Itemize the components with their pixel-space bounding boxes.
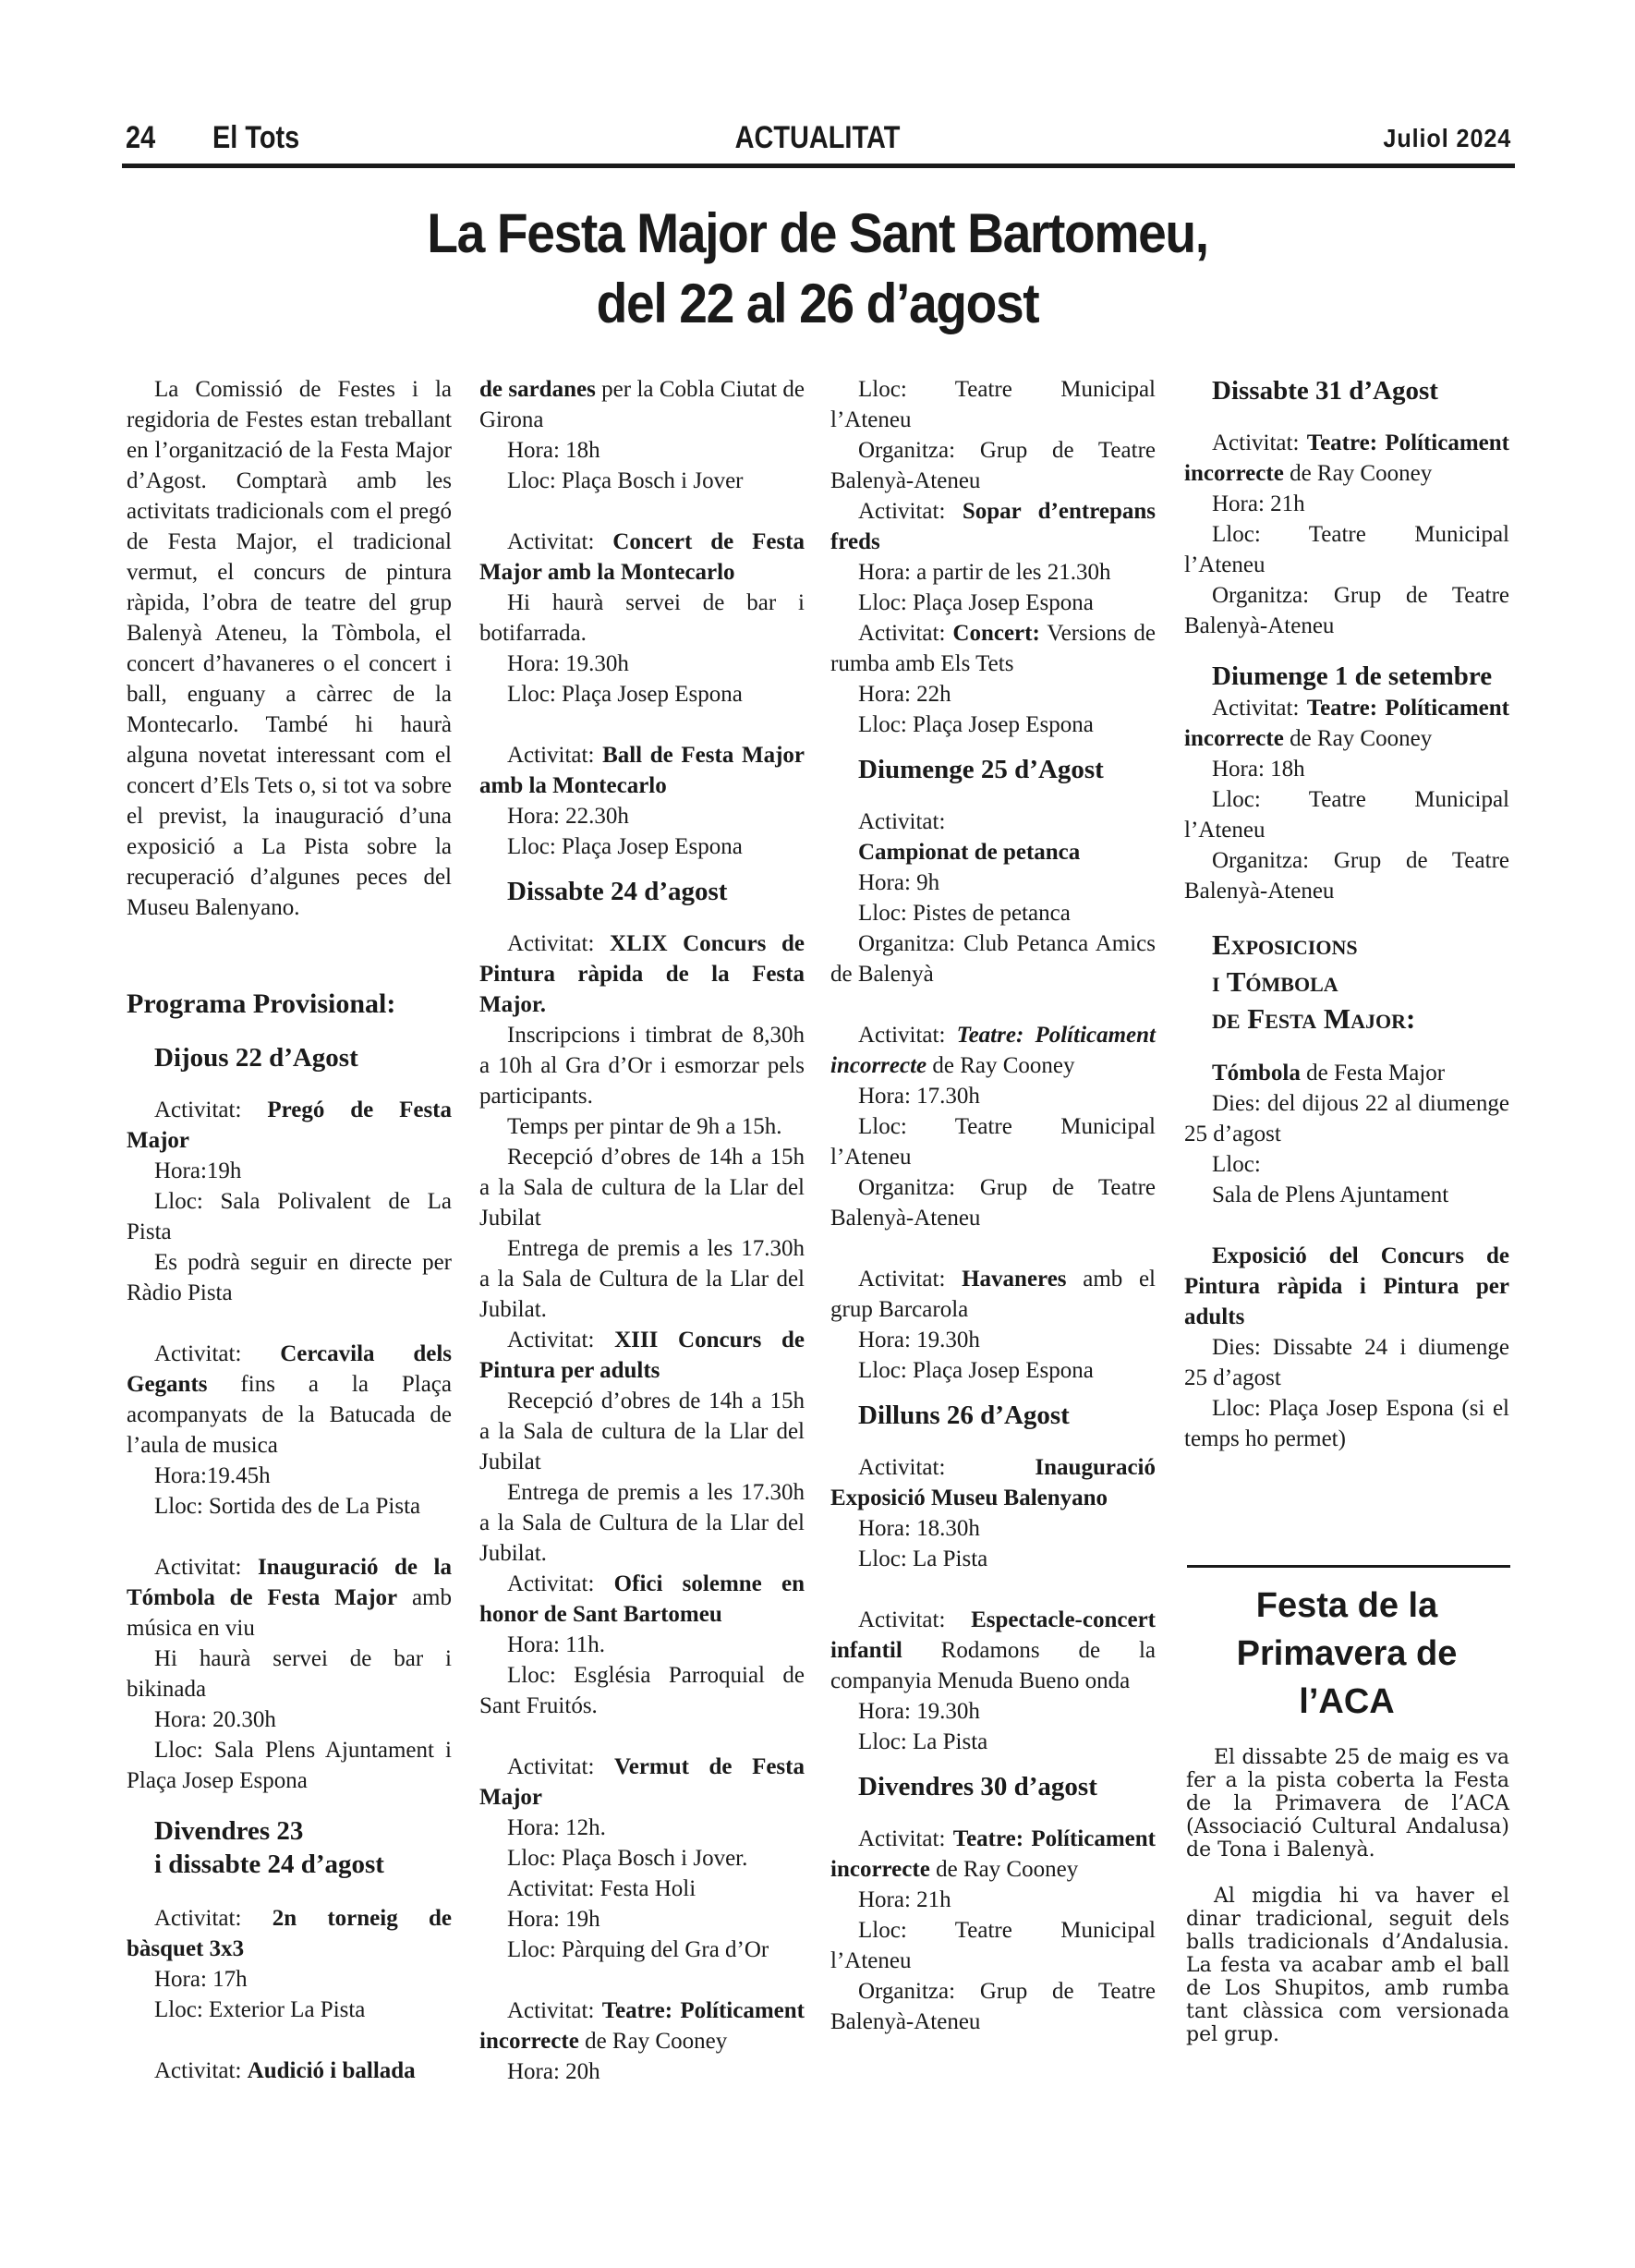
text-fragment: de Ray Cooney	[1284, 461, 1432, 486]
sidebar-article-title: Festa de la Primavera de l’ACA	[1184, 1582, 1509, 1726]
activity-time: Hora: 20h	[479, 2056, 805, 2087]
text-fragment: l’ACA	[1184, 1678, 1509, 1726]
text-fragment: Activitat:	[1212, 431, 1307, 455]
activity-place: Lloc: Sala Plens Ajuntament i Plaça Jose…	[127, 1735, 452, 1796]
activity: Activitat: Cercavila dels Gegants fins a…	[127, 1339, 452, 1461]
activity: Activitat: Pregó de Festa Major	[127, 1095, 452, 1156]
activity-time: Hora: 12h.	[479, 1813, 805, 1843]
activity-time: Hora: 17h	[127, 1964, 452, 1995]
day-heading: Dissabte 31 d’Agost	[1184, 374, 1509, 407]
activity-time: Hora: 18h	[1184, 754, 1509, 784]
activity-place: Lloc: Plaça Josep Espona	[479, 679, 805, 710]
activity-time: Hora:19.45h	[127, 1461, 452, 1491]
activity-place: Lloc: Església Parroquial de Sant Fruitó…	[479, 1660, 805, 1721]
text-fragment: Activitat:	[1212, 696, 1307, 721]
activity: Activitat: Teatre: Políticament incorrec…	[1184, 693, 1509, 754]
section-divider	[1187, 1565, 1510, 1568]
activity-place: Lloc: Pàrquing del Gra d’Or	[479, 1934, 805, 1965]
activity: Activitat: Teatre: Políticament incorrec…	[830, 1824, 1156, 1885]
activity-time: Hora: 22h	[830, 679, 1156, 710]
activity: Activitat: Vermut de Festa Major	[479, 1752, 805, 1813]
activity-note: Entrega de premis a les 17.30h a la Sala…	[479, 1477, 805, 1569]
activity-time: Hora: 9h	[830, 867, 1156, 898]
activity-place: Lloc: Plaça Josep Espona	[830, 588, 1156, 618]
day-heading: Diumenge 1 de setembre	[1184, 660, 1509, 693]
activity-note: Recepció d’obres de 14h a 15h a la Sala …	[479, 1386, 805, 1477]
text-fragment: de Ray Cooney	[930, 1857, 1078, 1882]
text-fragment: Activitat:	[507, 1998, 602, 2023]
activity: Activitat: Espectacle-concert infantil R…	[830, 1605, 1156, 1696]
activity-place: Lloc: Plaça Bosch i Jover.	[479, 1843, 805, 1874]
activity: Activitat: Festa Holi	[479, 1874, 805, 1904]
text-fragment: Divendres 23	[154, 1816, 303, 1846]
activity-organizer: Organitza: Grup de Teatre Balenyà-Ateneu	[830, 1976, 1156, 2037]
activity: Activitat: Havaneres amb el grup Barcaro…	[830, 1264, 1156, 1325]
text-fragment: i Tómbola	[1212, 964, 1509, 1001]
day-heading: Dilluns 26 d’Agost	[830, 1399, 1156, 1432]
activity-time: Hora: 19.30h	[830, 1325, 1156, 1355]
text-fragment: Activitat:	[507, 529, 612, 554]
sidebar-paragraph: El dissabte 25 de maig es va fer a la pi…	[1186, 1746, 1509, 1862]
activity-organizer: Organitza: Grup de Teatre Balenyà-Ateneu	[1184, 845, 1509, 906]
text-fragment: Campionat de petanca	[858, 840, 1080, 865]
text-fragment: Activitat:	[154, 1555, 258, 1580]
activity: Activitat: Teatre: Políticament incorrec…	[1184, 428, 1509, 489]
day-heading: Dissabte 24 d’agost	[479, 875, 805, 908]
sidebar-article-body: El dissabte 25 de maig es va fer a la pi…	[1186, 1746, 1509, 2046]
activity-organizer: Organitza: Grup de Teatre Balenyà-Ateneu	[830, 435, 1156, 496]
program-heading: Programa Provisional:	[127, 988, 452, 1021]
text-fragment: Activitat:	[154, 1098, 267, 1122]
issue-date: Juliol 2024	[1383, 124, 1511, 153]
activity-place: Lloc: Teatre Municipal l’Ateneu	[830, 1111, 1156, 1172]
title-line-2: del 22 al 26 d’agost	[176, 269, 1459, 339]
activity-note: Es podrà seguir en directe per Ràdio Pis…	[127, 1247, 452, 1308]
text-fragment: Activitat:	[507, 1328, 614, 1352]
exhibition-title: Exposició del Concurs de Pintura ràpida …	[1184, 1241, 1509, 1332]
activity: Activitat: Ofici solemne en honor de San…	[479, 1569, 805, 1630]
sidebar-paragraph: Al migdia hi va haver el dinar tradicion…	[1186, 1885, 1509, 2046]
text-fragment: Primavera de	[1184, 1630, 1509, 1678]
text-fragment: Havaneres	[962, 1267, 1066, 1292]
activity: Activitat: Inauguració Exposició Museu B…	[830, 1452, 1156, 1513]
activity: Activitat: Teatre: Políticament incorrec…	[479, 1995, 805, 2056]
text-fragment: de Ray Cooney	[926, 1053, 1074, 1078]
activity-label: Activitat:	[830, 807, 1156, 837]
column-3: Lloc: Teatre Municipal l’Ateneu Organitz…	[830, 374, 1156, 2037]
activity-time: Hora: 17.30h	[830, 1081, 1156, 1111]
activity-time: Hora: 19h	[479, 1904, 805, 1934]
activity-organizer: Organitza: Club Petanca Amics de Balenyà	[830, 928, 1156, 989]
activity-place: Lloc: Plaça Bosch i Jover	[479, 466, 805, 496]
activity-note: Temps per pintar de 9h a 15h.	[479, 1111, 805, 1142]
header-rule	[122, 164, 1515, 168]
text-fragment: i dissabte 24 d’agost	[154, 1850, 384, 1879]
activity: Activitat: Concert: Versions de rumba am…	[830, 618, 1156, 679]
day-heading: Diumenge 25 d’Agost	[830, 753, 1156, 786]
activity-time: Hora: 19.30h	[479, 649, 805, 679]
day-heading: Dijous 22 d’Agost	[127, 1041, 452, 1074]
activity-title: Campionat de petanca	[830, 837, 1156, 867]
tombola-days: Dies: del dijous 22 al diumenge 25 d’ago…	[1184, 1088, 1509, 1149]
activity-place: Lloc: Teatre Municipal l’Ateneu	[830, 1915, 1156, 1976]
activity-time: Hora: a partir de les 21.30h	[830, 557, 1156, 588]
activity: Activitat: 2n torneig de bàsquet 3x3	[127, 1903, 452, 1964]
activity: Activitat: Ball de Festa Major amb la Mo…	[479, 740, 805, 801]
column-4: Dissabte 31 d’Agost Activitat: Teatre: P…	[1184, 374, 1509, 1454]
day-heading: Divendres 30 d’agost	[830, 1770, 1156, 1803]
tombola-place-label: Lloc:	[1184, 1149, 1509, 1180]
day-heading: Divendres 23 i dissabte 24 d’agost	[127, 1814, 452, 1881]
text-fragment: Activitat:	[507, 931, 610, 956]
text-fragment: Activitat:	[858, 499, 963, 524]
text-fragment: Activitat:	[154, 1341, 280, 1366]
activity: Activitat: Sopar d’entrepans freds	[830, 496, 1156, 557]
activity: Activitat: Audició i ballada	[127, 2056, 452, 2086]
activity-time: Hora: 21h	[1184, 489, 1509, 519]
exhibition-place: Lloc: Plaça Josep Espona (si el temps ho…	[1184, 1393, 1509, 1454]
activity-time: Hora: 18.30h	[830, 1513, 1156, 1544]
text-fragment: de Festa Major	[1301, 1061, 1445, 1085]
activity: Activitat: Concert de Festa Major amb la…	[479, 527, 805, 588]
intro-paragraph: La Comissió de Festes i la regidoria de …	[127, 374, 452, 923]
text-fragment: de Ray Cooney	[579, 2029, 727, 2054]
activity-place: Lloc: La Pista	[830, 1727, 1156, 1757]
tombola-title: Tómbola de Festa Major	[1184, 1058, 1509, 1088]
article-title: La Festa Major de Sant Bartomeu, del 22 …	[176, 199, 1459, 339]
text-fragment: Activitat:	[507, 743, 602, 768]
text-fragment: Activitat:	[858, 1455, 1035, 1480]
text-fragment: Exposicions	[1212, 927, 1509, 964]
text-fragment: Activitat:	[858, 1267, 962, 1292]
activity-note: Hi haurà servei de bar i bikinada	[127, 1643, 452, 1704]
page-header: 24 El Tots ACTUALITAT Juliol 2024	[120, 118, 1515, 163]
tombola-place: Sala de Plens Ajuntament	[1184, 1180, 1509, 1210]
activity-place: Lloc: Teatre Municipal l’Ateneu	[1184, 784, 1509, 845]
text-fragment: de Ray Cooney	[1284, 726, 1432, 751]
text-fragment: de Festa Major:	[1212, 1001, 1509, 1037]
activity-note: Entrega de premis a les 17.30h a la Sala…	[479, 1233, 805, 1325]
text-fragment: de sardanes	[479, 377, 596, 402]
activity: Activitat: Teatre: Políticament incorrec…	[830, 1020, 1156, 1081]
text-fragment: Tómbola	[1212, 1061, 1301, 1085]
section-name: ACTUALITAT	[224, 120, 1411, 156]
activity: Activitat: XIII Concurs de Pintura per a…	[479, 1325, 805, 1386]
text-fragment: Activitat:	[507, 1571, 614, 1596]
activity-time: Hora: 21h	[830, 1885, 1156, 1915]
column-1: La Comissió de Festes i la regidoria de …	[127, 374, 452, 2086]
activity-note: Inscripcions i timbrat de 8,30h a 10h al…	[479, 1020, 805, 1111]
activity-place: Lloc: La Pista	[830, 1544, 1156, 1574]
activity-time: Hora:19h	[127, 1156, 452, 1186]
page-number: 24	[126, 120, 155, 156]
activity: Activitat: Inauguració de la Tómbola de …	[127, 1552, 452, 1643]
activity-note: Hi haurà servei de bar i botifarrada.	[479, 588, 805, 649]
text-fragment: Activitat:	[858, 1023, 957, 1048]
text-fragment: Activitat:	[858, 1607, 971, 1632]
text-fragment: Audició i ballada	[248, 2058, 416, 2083]
title-line-1: La Festa Major de Sant Bartomeu,	[176, 199, 1459, 269]
text-fragment: Festa de la	[1184, 1582, 1509, 1630]
activity-organizer: Organitza: Grup de Teatre Balenyà-Ateneu	[1184, 580, 1509, 641]
activity-place: Lloc: Pistes de petanca	[830, 898, 1156, 928]
activity-place: Lloc: Teatre Municipal l’Ateneu	[1184, 519, 1509, 580]
text-fragment: Activitat:	[858, 621, 952, 646]
activity-place: Lloc: Sala Polivalent de La Pista	[127, 1186, 452, 1247]
activity-place: Lloc: Teatre Municipal l’Ateneu	[830, 374, 1156, 435]
activity-time: Hora: 11h.	[479, 1630, 805, 1660]
activity-organizer: Organitza: Grup de Teatre Balenyà-Ateneu	[830, 1172, 1156, 1233]
activity-time: Hora: 20.30h	[127, 1704, 452, 1735]
exhibitions-heading: Exposicions i Tómbola de Festa Major:	[1184, 927, 1509, 1037]
text-fragment: Exposició del Concurs de Pintura ràpida …	[1184, 1243, 1509, 1329]
activity-place: Lloc: Sortida des de La Pista	[127, 1491, 452, 1522]
activity-continued: de sardanes per la Cobla Ciutat de Giron…	[479, 374, 805, 435]
activity-time: Hora: 22.30h	[479, 801, 805, 831]
text-fragment: Activitat:	[507, 1754, 614, 1779]
activity-time: Hora: 18h	[479, 435, 805, 466]
text-fragment: Concert:	[952, 621, 1039, 646]
text-fragment: Activitat:	[154, 1906, 272, 1931]
exhibition-days: Dies: Dissabte 24 i diumenge 25 d’agost	[1184, 1332, 1509, 1393]
text-fragment: Activitat:	[154, 2058, 248, 2083]
activity-place: Lloc: Plaça Josep Espona	[479, 831, 805, 862]
column-2: de sardanes per la Cobla Ciutat de Giron…	[479, 374, 805, 2087]
text-fragment: Activitat:	[858, 1826, 953, 1851]
activity-time: Hora: 19.30h	[830, 1696, 1156, 1727]
activity-place: Lloc: Plaça Josep Espona	[830, 1355, 1156, 1386]
activity: Activitat: XLIX Concurs de Pintura ràpid…	[479, 928, 805, 1020]
activity-place: Lloc: Exterior La Pista	[127, 1995, 452, 2025]
activity-note: Recepció d’obres de 14h a 15h a la Sala …	[479, 1142, 805, 1233]
activity-place: Lloc: Plaça Josep Espona	[830, 710, 1156, 740]
